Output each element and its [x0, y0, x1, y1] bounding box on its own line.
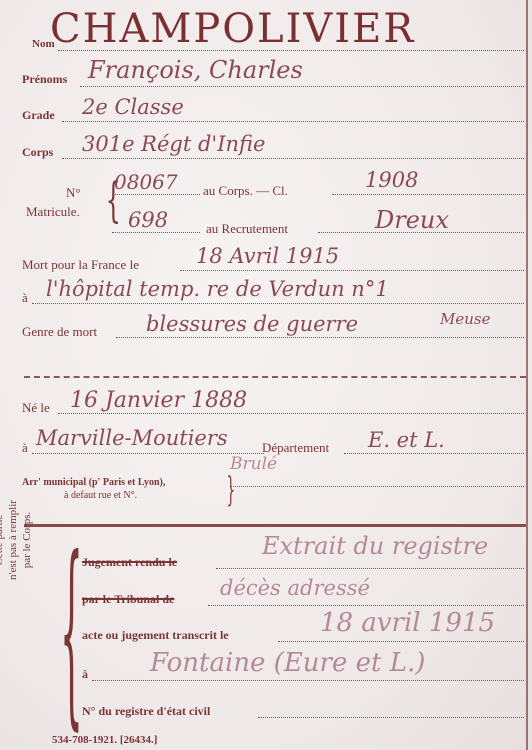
ne-label: Né le [22, 400, 50, 416]
registre-label: N° du registre d'état civil [82, 704, 210, 719]
arr-label-2: à defaut rue et N°. [64, 490, 137, 501]
ne-lieu-value: Marville-Moutiers [36, 426, 228, 450]
corps-value: 301e Régt d'Infie [82, 132, 265, 156]
side-note-line-2: n'est pas à remplir [6, 465, 20, 615]
grade-label: Grade [22, 108, 55, 123]
mort-label: Mort pour la France le [22, 257, 139, 273]
matricule-recrutement-value: 698 [128, 208, 168, 232]
mort-date-value: 18 Avril 1915 [196, 244, 339, 268]
prenoms-label: Prénoms [22, 72, 67, 87]
arr-label-1: Arr' municipal (p' Paris et Lyon), [22, 477, 165, 488]
ne-lieu-label: à [22, 440, 28, 456]
death-record-card: Nom CHAMPOLIVIER Prénoms François, Charl… [0, 0, 532, 750]
au-recrutement-label: au Recrutement [206, 221, 288, 237]
acte-lieu-value: Fontaine (Eure et L.) [150, 648, 425, 678]
acte-lieu-label: à [82, 667, 88, 682]
departement-line [344, 453, 524, 454]
ne-value: 16 Janvier 1888 [70, 388, 247, 413]
ne-lieu-extra: Brulé [230, 454, 277, 474]
lieu-mort-label: à [22, 290, 28, 306]
matricule-recrutement-line [112, 232, 200, 233]
arr-line [230, 486, 524, 487]
genre-mort-label: Genre de mort [22, 324, 97, 340]
genre-mort-value: blessures de guerre [146, 312, 358, 336]
departement-value: E. et L. [368, 428, 445, 452]
side-note: Cette partie n'est pas à remplir par le … [0, 465, 34, 615]
departement-label: Département [262, 440, 329, 456]
grade-value: 2e Classe [82, 95, 184, 119]
matricule-corps-line [112, 194, 200, 195]
form-reference: 534-708-1921. [26434.] [52, 734, 157, 746]
classe-value: 1908 [365, 168, 418, 192]
recrutement-value: Dreux [375, 206, 449, 234]
tribunal-value: décès adressé [220, 576, 370, 600]
acte-line [278, 641, 524, 642]
jugement-value: Extrait du registre [262, 532, 488, 560]
mort-line [180, 270, 524, 271]
tribunal-line [208, 605, 524, 606]
nom-value: CHAMPOLIVIER [50, 6, 415, 52]
lieu-mort-extra: Meuse [440, 310, 490, 328]
tribunal-label: par le Tribunal de [82, 592, 174, 607]
ne-line [58, 413, 524, 414]
lieu-mort-value: l'hôpital temp. re de Verdun n°1 [46, 277, 389, 301]
right-border [526, 0, 528, 750]
acte-lieu-line [92, 680, 524, 681]
classe-line [332, 194, 524, 195]
arr-brace: } [226, 470, 235, 510]
matricule-label: Matricule. [26, 204, 80, 220]
corps-line [62, 158, 524, 159]
matricule-no-label: N° [66, 185, 81, 201]
acte-label: acte ou jugement transcrit le [82, 628, 229, 643]
registre-line [258, 717, 524, 718]
acte-value: 18 avril 1915 [320, 608, 495, 638]
side-note-line-3: par le Corps. [20, 465, 34, 615]
prenoms-value: François, Charles [88, 56, 303, 84]
genre-mort-line [116, 337, 524, 338]
side-note-brace: { [60, 532, 83, 732]
jugement-line [216, 568, 524, 569]
au-corps-label: au Corps. — Cl. [203, 183, 288, 199]
section-divider-2 [24, 524, 526, 527]
prenoms-line [80, 86, 524, 87]
matricule-corps-value: 08067 [114, 170, 178, 194]
section-divider-1 [24, 376, 526, 378]
grade-line [62, 121, 524, 122]
lieu-mort-line [32, 303, 524, 304]
corps-label: Corps [22, 145, 53, 160]
jugement-label: Jugement rendu le [82, 555, 177, 570]
